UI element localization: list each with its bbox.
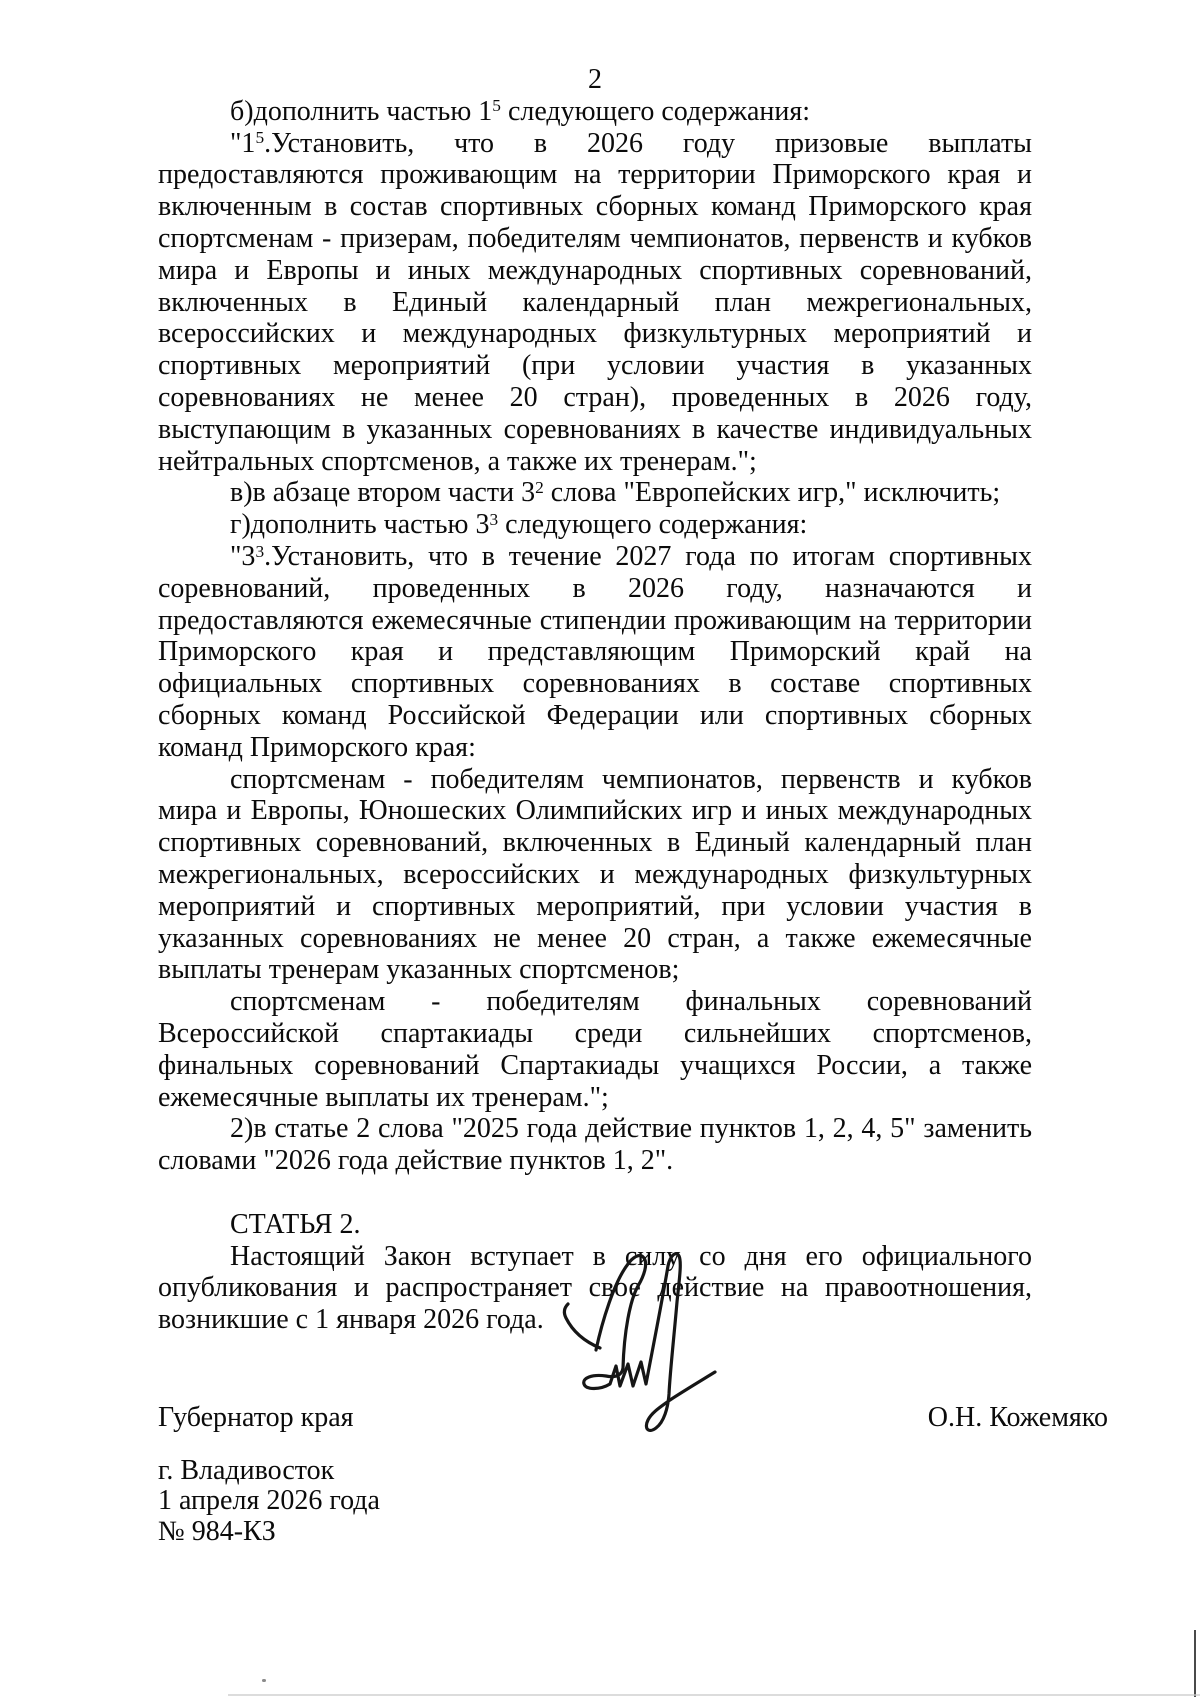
superscript: 5 bbox=[255, 128, 264, 147]
paragraph-part-3-3: "33.Установить, что в течение 2027 года … bbox=[158, 541, 1032, 764]
signature bbox=[552, 1242, 727, 1442]
text-segment: .Установить, что в течение 2027 года по … bbox=[158, 541, 1032, 763]
scan-artifact-bottom-line bbox=[228, 1694, 1200, 1696]
article-2-title: СТАТЬЯ 2. bbox=[158, 1209, 1032, 1241]
text-segment: б)дополнить частью 1 bbox=[230, 96, 492, 127]
footer-date: 1 апреля 2026 года bbox=[158, 1486, 1032, 1517]
superscript: 5 bbox=[492, 96, 501, 115]
superscript: 3 bbox=[255, 542, 264, 561]
paragraph-part-1-5: "15.Установить, что в 2026 году призовые… bbox=[158, 128, 1032, 478]
paragraph-amend-g: г)дополнить частью 33 следующего содержа… bbox=[158, 509, 1032, 541]
text-segment: в)в абзаце втором части 3 bbox=[230, 477, 535, 508]
scan-artifact-vertical-line bbox=[1194, 1630, 1196, 1697]
footer-doc-number: № 984-КЗ bbox=[158, 1517, 1032, 1548]
superscript: 2 bbox=[535, 478, 544, 497]
text-segment: слова "Европейских игр," исключить; bbox=[544, 477, 1000, 508]
text-segment: следующего содержания: bbox=[498, 509, 807, 540]
text-segment: следующего содержания: bbox=[501, 96, 810, 127]
footer-city: г. Владивосток bbox=[158, 1456, 1032, 1487]
signatory-title: Губернатор края bbox=[158, 1402, 354, 1434]
text-segment: .Установить, что в 2026 году призовые вы… bbox=[158, 128, 1032, 477]
paragraph-amend-v: в)в абзаце втором части 32 слова "Европе… bbox=[158, 477, 1032, 509]
document-page: 2 б)дополнить частью 15 следующего содер… bbox=[0, 0, 1200, 1697]
text-segment: "1 bbox=[230, 128, 255, 159]
signatory-name: О.Н. Кожемяко bbox=[928, 1402, 1108, 1434]
text-segment: "3 bbox=[230, 541, 255, 572]
paragraph-amend-b: б)дополнить частью 15 следующего содержа… bbox=[158, 96, 1032, 128]
document-footer: г. Владивосток 1 апреля 2026 года № 984-… bbox=[158, 1456, 1032, 1548]
paragraph-athletes-2: спортсменам - победителям финальных соре… bbox=[158, 986, 1032, 1113]
paragraph-athletes-1: спортсменам - победителям чемпионатов, п… bbox=[158, 764, 1032, 987]
page-number: 2 bbox=[158, 64, 1032, 96]
paragraph-item-2: 2)в статье 2 слова "2025 года действие п… bbox=[158, 1113, 1032, 1177]
text-segment: г)дополнить частью 3 bbox=[230, 509, 489, 540]
superscript: 3 bbox=[489, 510, 498, 529]
scan-artifact-dot bbox=[262, 1679, 266, 1682]
